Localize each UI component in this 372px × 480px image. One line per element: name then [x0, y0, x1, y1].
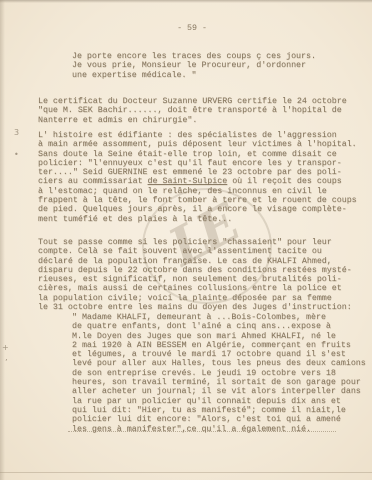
text-line: cières, mais aussi de certaines collusio…: [38, 284, 352, 293]
scan-artifact-dotted-line: [68, 431, 336, 432]
text-line: Nanterre et admis en chirurgie".: [38, 116, 347, 125]
text-line: aller acheter un journal; il se vit alor…: [72, 387, 366, 396]
text-line: L' histoire est édifiante : des spéciali…: [38, 131, 357, 140]
pencil-mark: •: [14, 150, 19, 159]
quoted-complaint-excerpt: Je porte encore les traces des coups ç c…: [72, 52, 316, 80]
text-line: les gens à manifester",ce qu'il a égalem…: [72, 425, 366, 434]
text-line: à l'estomac; quand on le relâche, des in…: [38, 187, 357, 196]
text-segment: de Saint-Sulpice: [148, 177, 228, 186]
text-line: de quatre enfants, dont l'aîné a cinq an…: [72, 322, 366, 331]
text-line: Je porte encore les traces des coups ç c…: [72, 52, 316, 61]
text-line: ment tuméfié et des plaies à la tête...: [38, 215, 357, 224]
text-line: déclaré de la population française. Le c…: [38, 257, 352, 266]
scan-edge-top: [0, 0, 372, 3]
text-line: compte. Celà se fait souvent avec l'asse…: [38, 247, 352, 256]
text-line: Le certificat du Docteur Suzanne URVERG …: [38, 97, 347, 106]
text-line: qui lui dit: "Hier, tu as manifesté"; co…: [72, 406, 366, 415]
text-line: le 31 octobre entre les mains du doyen d…: [38, 303, 352, 312]
text-line: Sans doute la Seine était-elle trop loin…: [38, 150, 357, 159]
pencil-mark: +: [2, 343, 9, 352]
text-line: ciers au commissariat de Saint-Sulpice o…: [38, 177, 357, 186]
text-segment: ciers au commissariat: [38, 177, 148, 186]
text-line: une expertise médicale. ": [72, 71, 316, 80]
scanned-document-page: - 59 - Je porte encore les traces des co…: [0, 0, 372, 480]
madame-khalfi-complaint: " Madame KHALFI, demeurant à ...Bois-Col…: [72, 313, 366, 434]
text-line: policier lui dit encore: "Alors, c'est t…: [72, 415, 366, 424]
text-line: de son entreprise crevés. Le jeudi 19 oc…: [72, 369, 366, 378]
text-line: à main armée assomment, puis déposent le…: [38, 140, 357, 149]
text-line: "que M. SEK Bachir......, doit être tran…: [38, 106, 347, 115]
text-segment: où il reçoit des coups: [227, 177, 342, 186]
page-number: - 59 -: [0, 24, 372, 33]
text-line: Je vous prie, Monsieur le Procureur, d'o…: [72, 61, 316, 70]
scan-edge-left: [0, 0, 5, 480]
text-line: M.le Doyen des Juges que son mari Ahmed …: [72, 332, 366, 341]
text-line: disparu depuis le 22 octobre dans des co…: [38, 266, 352, 275]
text-line: levé pour aller aux Halles, tous les pne…: [72, 359, 366, 368]
text-line: de pied. Quelques jours après, il a enco…: [38, 205, 357, 214]
text-line: Tout se passe comme si les policiers "ch…: [38, 238, 352, 247]
histoire-edifiante-paragraph: L' histoire est édifiante : des spéciali…: [38, 131, 357, 224]
text-line: 2 mai 1920 à AIN BESSEM en Algérie, comm…: [72, 341, 366, 350]
pencil-mark: ’: [5, 358, 8, 367]
text-line: heures, son travail terminé, il sortait …: [72, 378, 366, 387]
pencil-mark: 3: [14, 128, 19, 137]
text-line: la population civile; voici la plainte d…: [38, 294, 352, 303]
text-line: la rue par un policier qu'il connait dep…: [72, 397, 366, 406]
text-line: frappent à la tête, le font tomber à ter…: [38, 196, 357, 205]
scan-artifact-faint-line: [0, 472, 372, 473]
text-line: policier: "l'ennuyeux c'est qu'il faut e…: [38, 159, 357, 168]
text-line: " Madame KHALFI, demeurant à ...Bois-Col…: [72, 313, 366, 322]
police-chassaient-paragraph: Tout se passe comme si les policiers "ch…: [38, 238, 352, 312]
medical-certificate-paragraph: Le certificat du Docteur Suzanne URVERG …: [38, 97, 347, 125]
